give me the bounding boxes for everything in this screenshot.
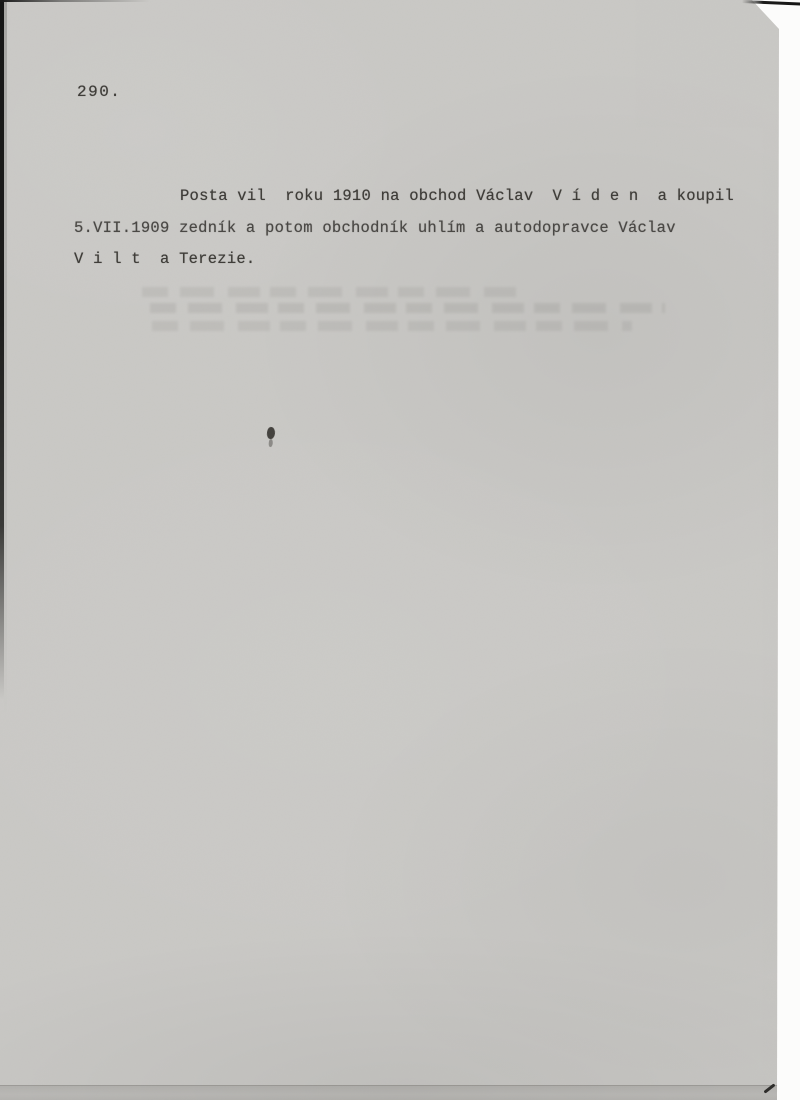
top-left-edge-line (0, 0, 150, 2)
paragraph-line-2: 5.VII.1909 zedník a potom obchodník uhlí… (74, 213, 754, 245)
paper-texture (0, 0, 800, 1100)
left-edge-soft-shadow (4, 0, 7, 760)
ghost-text-line (142, 287, 522, 297)
ghost-text-line (152, 321, 632, 331)
ink-blot-mark (266, 427, 275, 440)
bottom-edge-band (0, 1085, 800, 1100)
paragraph-line-1: Posta vil roku 1910 na obchod Václav V í… (74, 181, 754, 213)
paragraph-line-3: V i l t a Terezie. (74, 244, 754, 276)
typewritten-paragraph: Posta vil roku 1910 na obchod Václav V í… (74, 181, 754, 276)
paper-sheet: 290. Posta vil roku 1910 na obchod Václa… (0, 0, 800, 1100)
scanned-document: 290. Posta vil roku 1910 na obchod Václa… (0, 0, 800, 1100)
ghost-text-line (150, 303, 665, 313)
page-number: 290. (77, 83, 121, 101)
